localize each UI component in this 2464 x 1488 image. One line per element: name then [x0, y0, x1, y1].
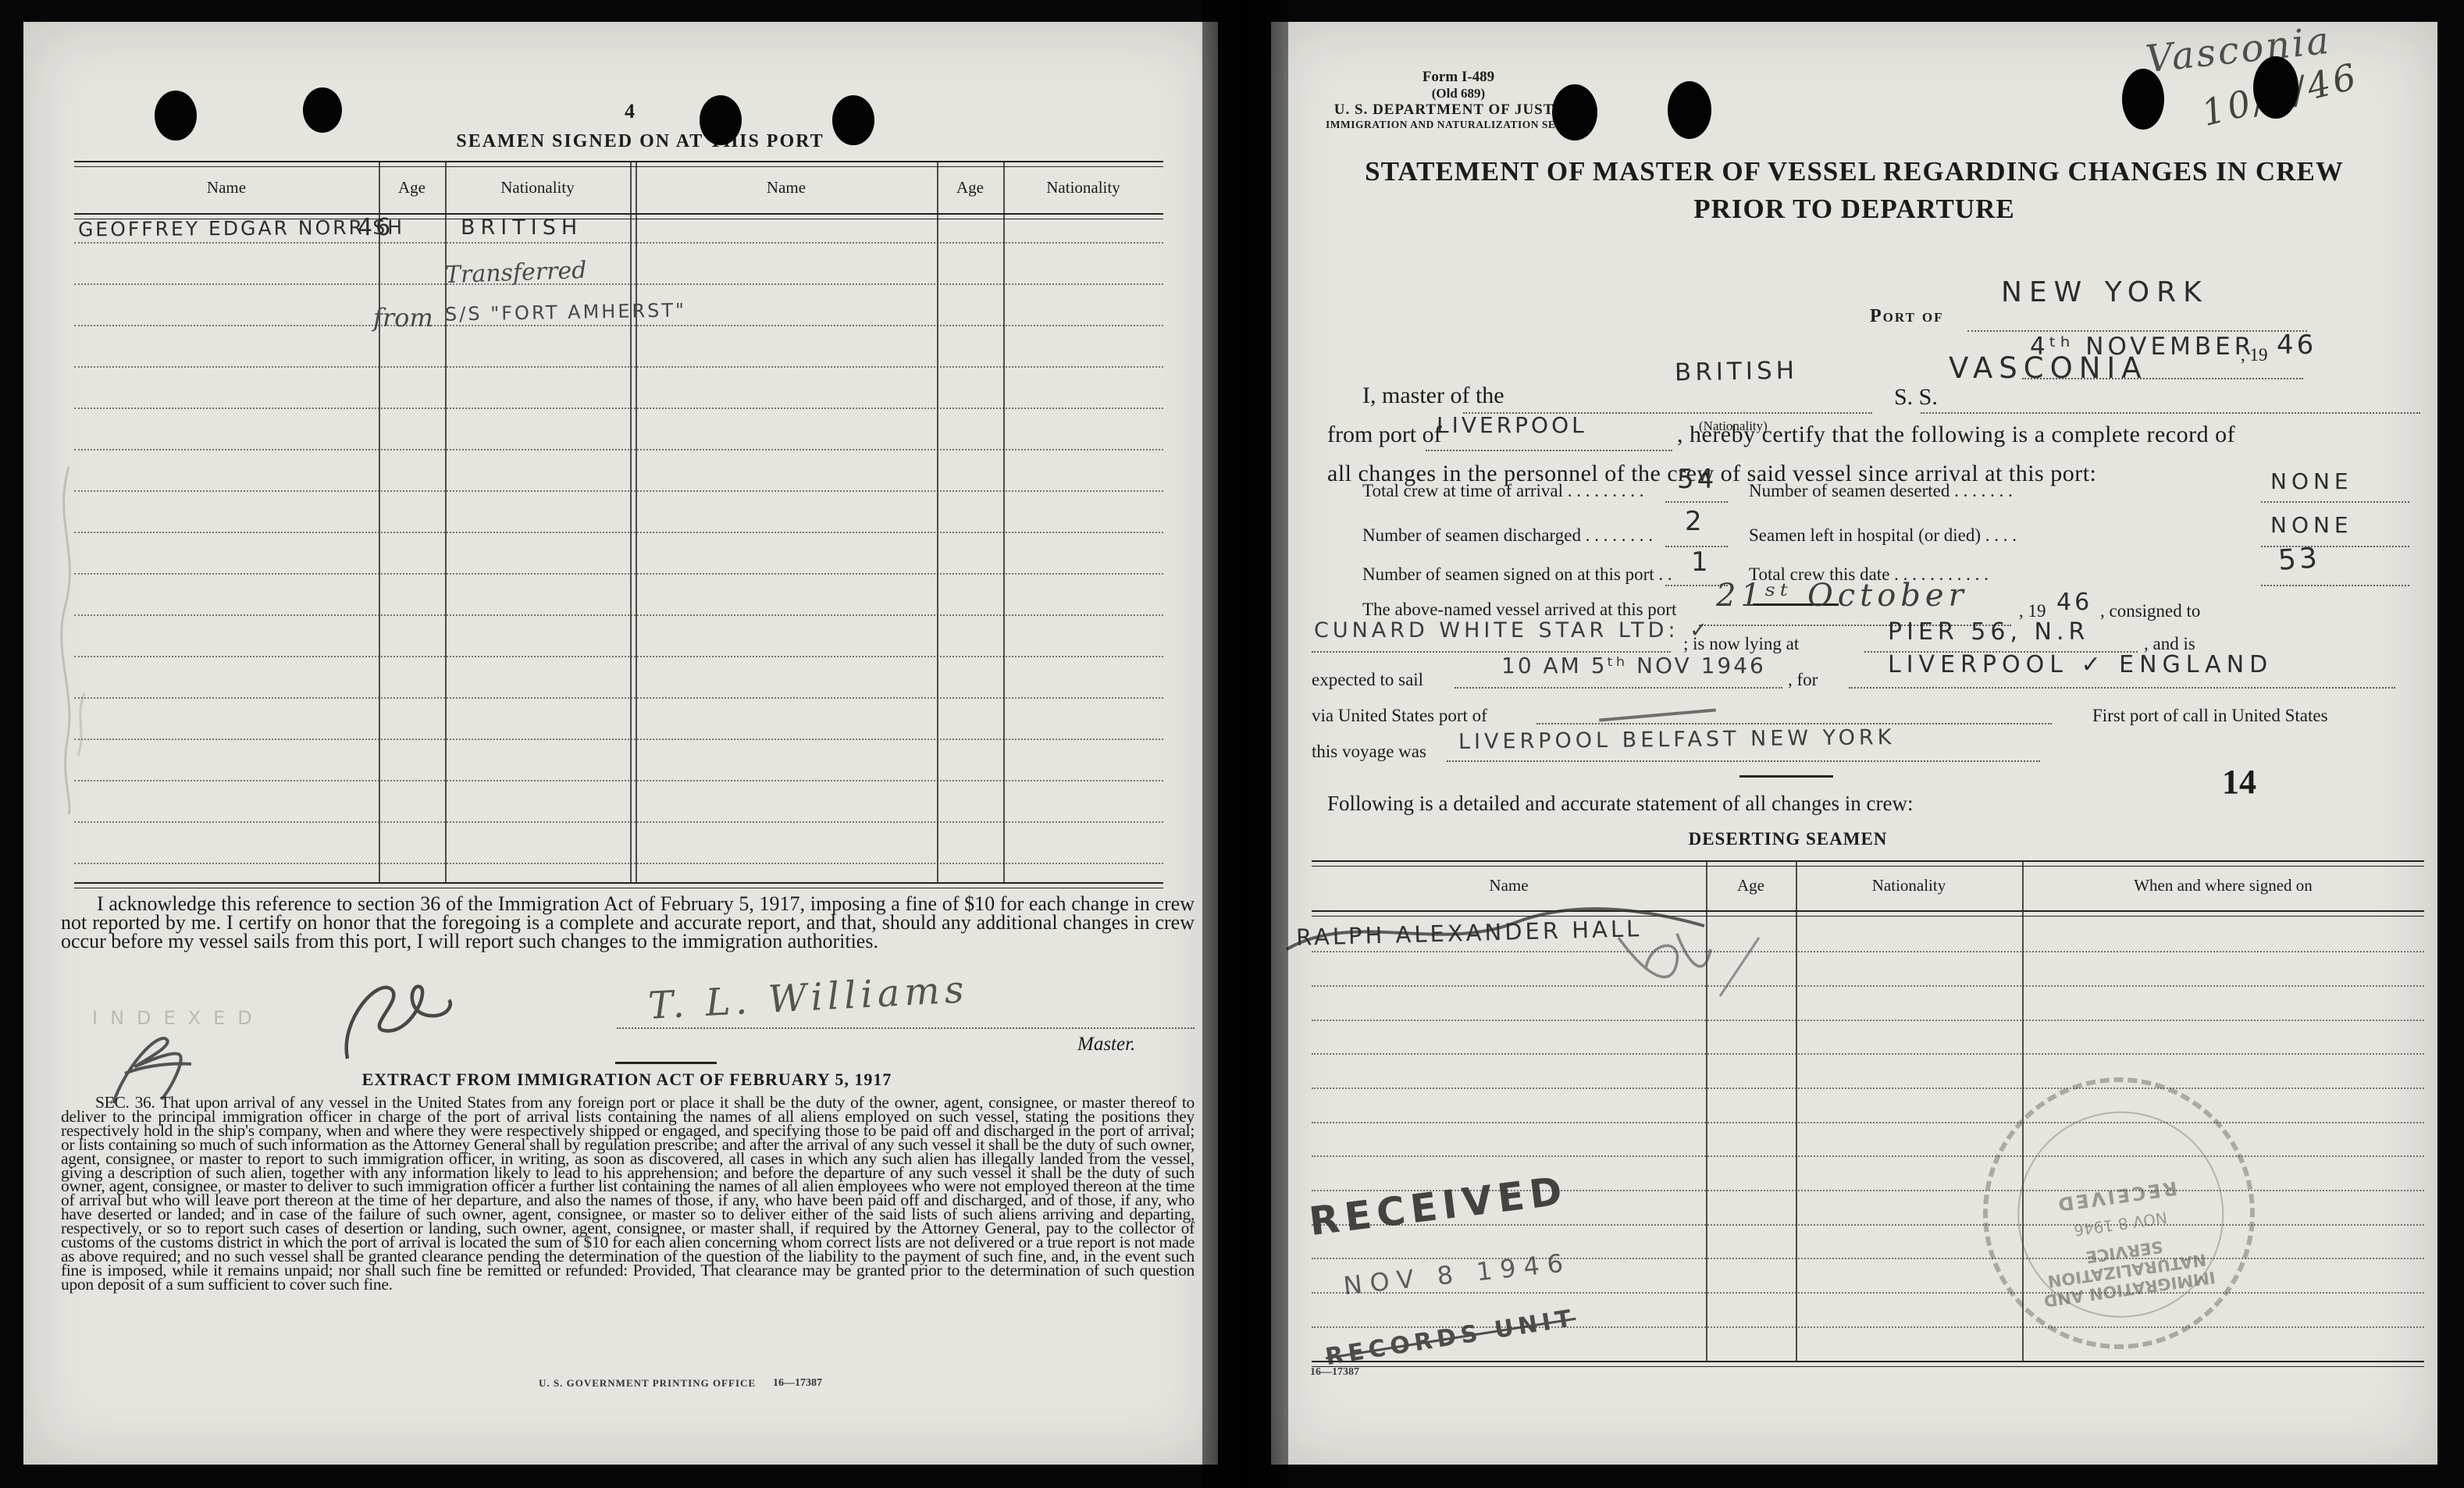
port-line [1967, 330, 2307, 332]
document-scan: 4 SEAMEN SIGNED ON AT THIS PORT Name Age… [0, 0, 2464, 1488]
master-prefix: I, master of the [1362, 383, 1504, 409]
seaman-nationality: BRITISH [461, 215, 582, 240]
section-rule [615, 1062, 717, 1064]
from-port-label: from port of [1327, 422, 1442, 448]
table-row [74, 242, 1163, 244]
form-code-footer: 16—17387 [773, 1377, 822, 1390]
form-code-footer: 16—17387 [1310, 1366, 1359, 1379]
table-row [74, 449, 1163, 450]
table-row [1312, 1088, 2424, 1089]
pencil-14: 14 [2222, 762, 2256, 802]
stat-line [1665, 501, 1728, 503]
consignee-value: CUNARD WHITE STAR LTD: ✓ [1314, 618, 1711, 643]
via-label: via United States port of [1312, 706, 1487, 726]
via-dash [1599, 708, 1716, 721]
table-row [74, 283, 1163, 285]
from-port-line [1426, 450, 1672, 451]
deserter-strike-scribble [1283, 895, 1767, 1012]
date-printed-19: , 19 [2241, 345, 2268, 365]
signature-scribble [336, 973, 484, 1066]
master-signature: T. L. Williams [647, 967, 970, 1027]
seaman-note-from: from [373, 303, 433, 333]
table-row [1312, 1224, 2424, 1226]
right-page: Vasconia 10/5/46 Form I-489 (Old 689) U.… [1271, 22, 2437, 1465]
table-row [74, 863, 1163, 864]
table-row [74, 739, 1163, 740]
stat-deserted-label: Number of seamen deserted . . . . . . . [1749, 481, 2013, 501]
port-value: NEW YORK [2001, 276, 2209, 308]
stat-line [2261, 501, 2409, 503]
first-port-label: First port of call in United States [2092, 706, 2328, 726]
left-col-header-nationality2: Nationality [1003, 178, 1163, 198]
printing-office-footer: U. S. GOVERNMENT PRINTING OFFICE [539, 1377, 756, 1390]
ss-label: S. S. [1894, 384, 1938, 411]
page-number: 4 [625, 100, 635, 123]
table-row [74, 614, 1163, 616]
table-row [74, 408, 1163, 409]
stat-line [2261, 585, 2409, 586]
left-table-top-rule [74, 161, 1163, 167]
sail-value: 10 AM 5ᵗʰ NOV 1946 [1501, 653, 1766, 678]
vessel-value: VASCONIA [1949, 351, 2148, 385]
left-page: 4 SEAMEN SIGNED ON AT THIS PORT Name Age… [23, 22, 1218, 1465]
voyage-label: this voyage was [1312, 742, 1426, 762]
table-row [74, 490, 1163, 492]
stat-hospital-value: NONE [2270, 512, 2353, 538]
extract-body: SEC. 36. That upon arrival of any vessel… [61, 1096, 1195, 1292]
punch-hole [1552, 84, 1597, 141]
form-title-line1: STATEMENT OF MASTER OF VESSEL REGARDING … [1271, 156, 2437, 187]
table-row [74, 532, 1163, 533]
sail-label: expected to sail [1312, 670, 1423, 690]
punch-hole [303, 87, 342, 133]
punch-hole [1668, 81, 1711, 139]
table-row [74, 656, 1163, 657]
extract-title: EXTRACT FROM IMMIGRATION ACT OF FEBRUARY… [217, 1070, 1037, 1090]
deserting-title: DESERTING SEAMEN [1608, 829, 1967, 849]
stat-hospital-label: Seamen left in hospital (or died) . . . … [1749, 525, 2017, 546]
section-rule [1739, 775, 1833, 778]
table-row [1312, 1053, 2424, 1055]
date-year: 46 [2277, 329, 2316, 361]
left-col-header-name2: Name [636, 178, 937, 198]
nationality-value: BRITISH [1675, 357, 1799, 387]
right-col-header-name: Name [1312, 876, 1706, 895]
form-title-line2: PRIOR TO DEPARTURE [1271, 194, 2437, 225]
punch-hole [2122, 69, 2164, 130]
certify-line1: , hereby certify that the following is a… [1677, 422, 2235, 448]
punch-hole [832, 95, 874, 145]
from-port-value: LIVERPOOL [1437, 412, 1587, 438]
right-table-divider [1796, 860, 1797, 1361]
acknowledgment-text: I acknowledge this reference to section … [61, 895, 1195, 951]
sail-suffix: , for [1788, 670, 1818, 690]
circular-stamp: IMMIGRATION AND NATURALIZATION SERVICE N… [1965, 1059, 2272, 1366]
seaman-name: GEOFFREY EDGAR NORRISH [78, 216, 404, 241]
seaman-note-vessel: S/S "FORT AMHERST" [445, 299, 687, 325]
table-row [74, 366, 1163, 368]
stat-arrival-label: Total crew at time of arrival . . . . . … [1362, 481, 1644, 501]
form-number: Form I-489 [1333, 69, 1583, 86]
vessel-line [1921, 412, 2420, 414]
table-row [74, 780, 1163, 781]
page-spine-shadow [1202, 0, 1288, 1488]
voyage-value: LIVERPOOL BELFAST NEW YORK [1458, 725, 1896, 754]
left-table-divider [630, 161, 632, 882]
table-row [1312, 1020, 2424, 1021]
sail-line [1455, 687, 1782, 689]
left-col-header-name: Name [74, 178, 379, 198]
seaman-age: 46 [358, 214, 393, 241]
left-col-header-nationality: Nationality [445, 178, 630, 198]
stat-arrival-value: 54 [1677, 464, 1717, 495]
arrived-suffix: , consigned to [2100, 601, 2200, 621]
stat-discharged-label: Number of seamen discharged . . . . . . … [1362, 525, 1653, 546]
right-table-bottom-rule [1312, 1361, 2424, 1367]
received-stamp: RECEIVED [1307, 1168, 1570, 1244]
right-col-header-nationality: Nationality [1796, 876, 2022, 895]
left-table-divider [636, 161, 637, 882]
punch-hole [155, 91, 197, 141]
arrived-date: 21ˢᵗ October [1716, 578, 1968, 614]
port-label: Port of [1870, 306, 1944, 327]
lying-value: PIER 56, N.R [1888, 618, 2089, 646]
left-table-divider [379, 161, 380, 882]
stat-discharged-value: 2 [1685, 506, 1705, 537]
right-col-header-age: Age [1706, 876, 1796, 895]
stat-signed-label: Number of seamen signed on at this port … [1362, 564, 1672, 585]
via-line [1536, 723, 2052, 724]
punch-hole [2253, 56, 2298, 119]
left-table-divider [937, 161, 938, 882]
table-row [74, 697, 1163, 699]
left-col-header-age: Age [379, 178, 445, 198]
right-col-header-when: When and where signed on [2022, 876, 2424, 895]
following-text: Following is a detailed and accurate sta… [1327, 792, 1913, 816]
master-caption: Master. [1077, 1034, 1135, 1055]
stat-signed-value: 1 [1691, 546, 1711, 578]
table-row [74, 325, 1163, 326]
destination-line [1849, 687, 2395, 689]
table-row [74, 573, 1163, 575]
table-row [1312, 1292, 2424, 1294]
voyage-line [1447, 760, 2040, 762]
signature-line [617, 1027, 1195, 1029]
lying-label: ; is now lying at [1683, 634, 1799, 654]
arrived-year: 46 [2056, 589, 2092, 616]
table-row [1312, 1155, 2424, 1157]
margin-scribble [37, 459, 100, 818]
right-table-top-rule [1312, 860, 2424, 867]
left-table-bottom-rule [74, 882, 1163, 888]
arrived-prefix: The above-named vessel arrived at this p… [1362, 600, 1676, 620]
stat-deserted-value: NONE [2270, 468, 2353, 494]
punch-hole [700, 95, 742, 145]
left-table-divider [1003, 161, 1005, 882]
destination-value: LIVERPOOL ✓ ENGLAND [1888, 651, 2273, 678]
form-old-number: (Old 689) [1333, 86, 1583, 101]
seaman-note-transferred: Transferred [444, 257, 587, 289]
table-row [74, 821, 1163, 823]
table-row [1312, 1122, 2424, 1123]
stat-total-value: 53 [2277, 542, 2322, 577]
left-col-header-age2: Age [937, 178, 1003, 198]
